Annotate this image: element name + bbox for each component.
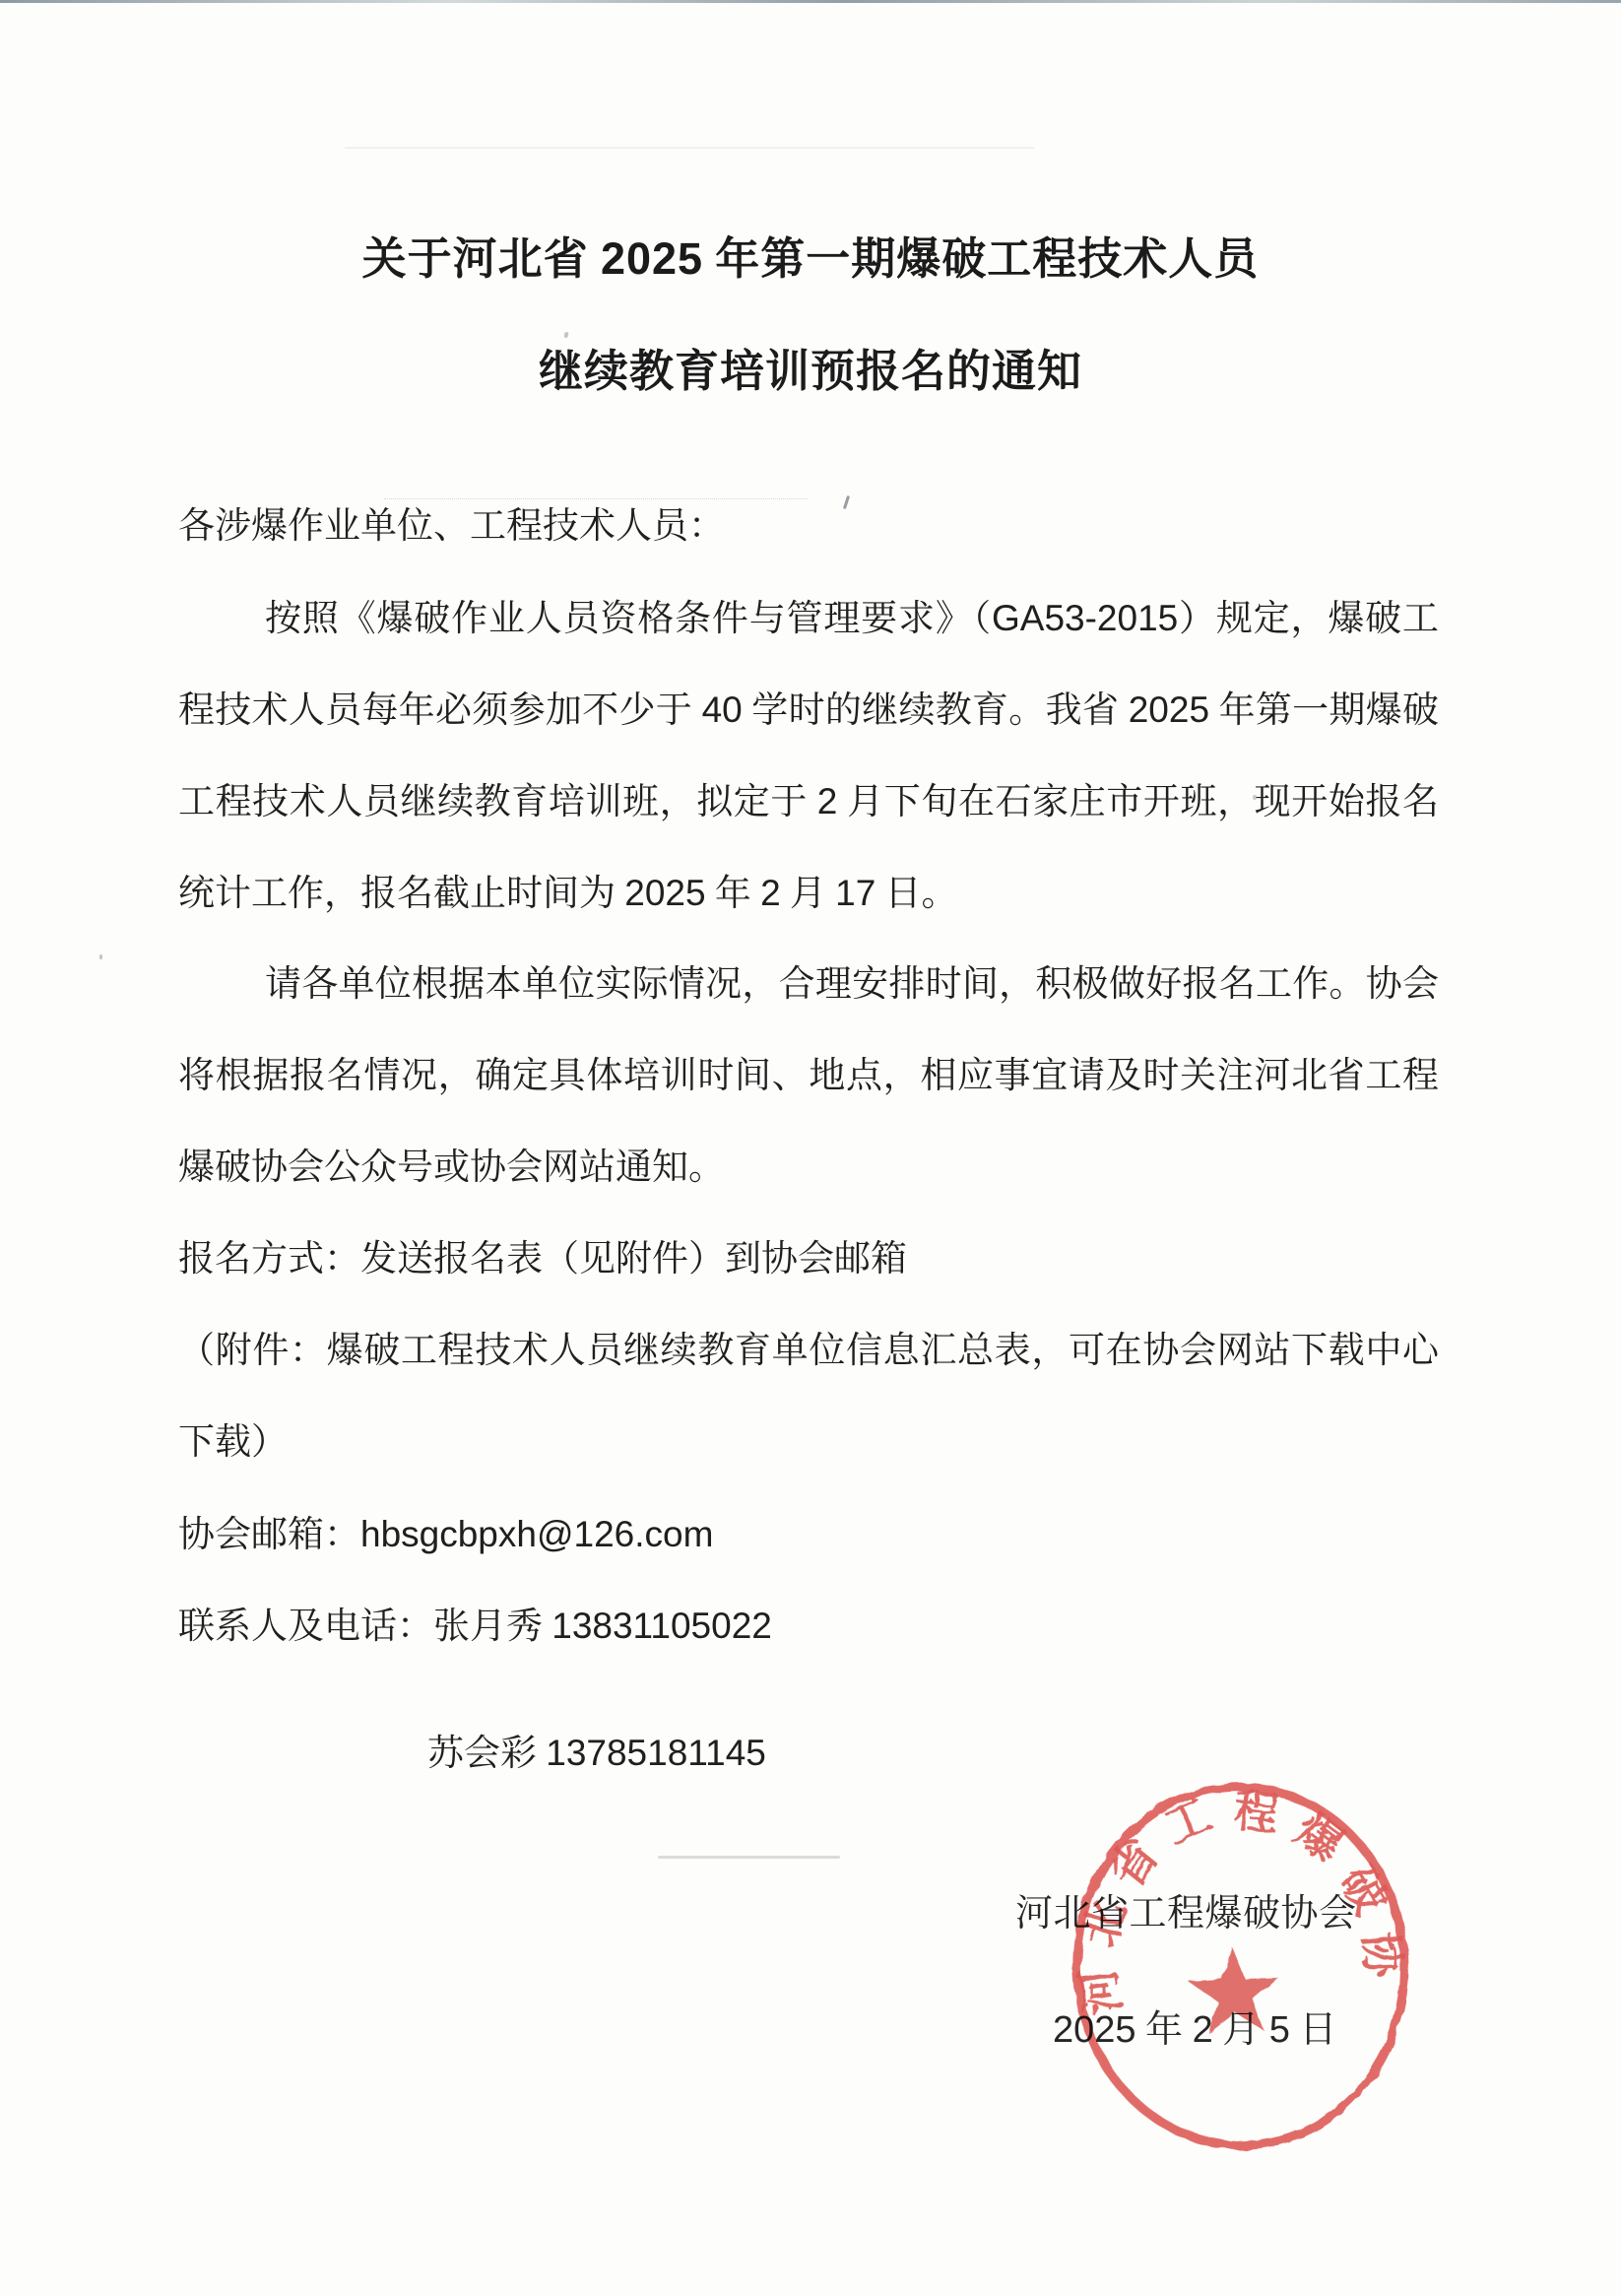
body-line: （附件：爆破工程技术人员继续教育单位信息汇总表，可在协会网站下载中心 [178, 1305, 1439, 1397]
seal-star-icon [1187, 1944, 1281, 2034]
body-line: 请各单位根据本单位实际情况，合理安排时间，积极做好报名工作。协会 [178, 939, 1439, 1030]
document-body: 各涉爆作业单位、工程技术人员：按照《爆破作业人员资格条件与管理要求》（GA53-… [0, 481, 1621, 1799]
body-line: 协会邮箱：hbsgcbpxh@126.com [178, 1488, 1439, 1580]
body-line: 各涉爆作业单位、工程技术人员： [178, 481, 1439, 572]
body-line: 统计工作，报名截止时间为 2025 年 2 月 17 日。 [178, 847, 1439, 939]
official-seal: 河北省工程爆破协会 [1056, 1766, 1430, 2170]
body-line: 联系人及电话：张月秀 13831105022 [178, 1580, 1439, 1672]
body-line: 下载） [178, 1397, 1439, 1488]
title-line-2: 继续教育培训预报名的通知 [0, 341, 1621, 402]
scanned-notice-page: 关于河北省 2025 年第一期爆破工程技术人员 继续教育培训预报名的通知 各涉爆… [0, 0, 1621, 2296]
document-title: 关于河北省 2025 年第一期爆破工程技术人员 继续教育培训预报名的通知 [0, 0, 1621, 402]
body-line: 工程技术人员继续教育培训班，拟定于 2 月下旬在石家庄市开班，现开始报名 [178, 755, 1439, 847]
body-line: 将根据报名情况，确定具体培训时间、地点，相应事宜请及时关注河北省工程 [178, 1030, 1439, 1122]
body-line: 程技术人员每年必须参加不少于 40 学时的继续教育。我省 2025 年第一期爆破 [178, 664, 1439, 755]
body-line: 报名方式：发送报名表（见附件）到协会邮箱 [178, 1214, 1439, 1305]
body-line: 爆破协会公众号或协会网站通知。 [178, 1122, 1439, 1214]
scan-artifact [658, 1856, 840, 1859]
title-line-1: 关于河北省 2025 年第一期爆破工程技术人员 [0, 229, 1621, 290]
scan-edge-artifact [0, 0, 1621, 3]
body-line: 按照《爆破作业人员资格条件与管理要求》（GA53-2015）规定，爆破工 [178, 572, 1439, 664]
